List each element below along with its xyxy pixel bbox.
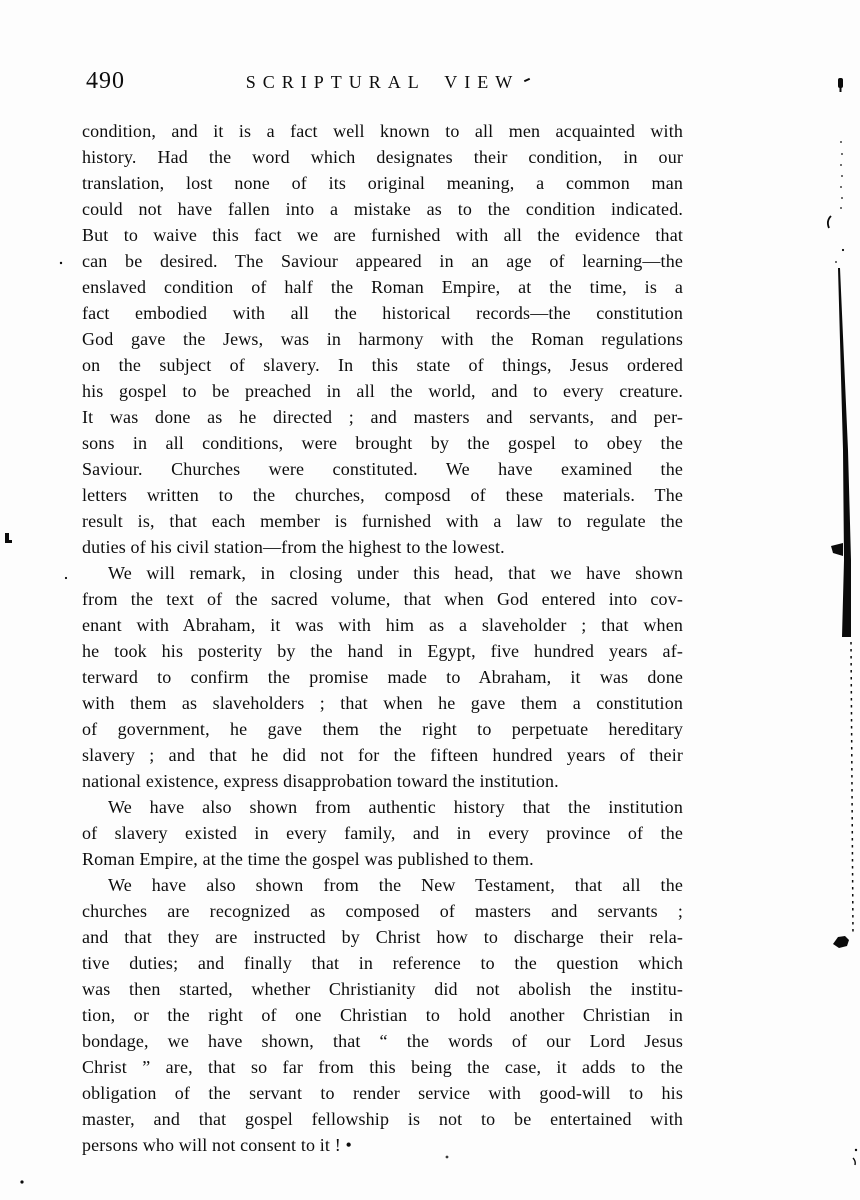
text-line: history. Had the word which designates t…: [82, 144, 683, 170]
text-line: fact embodied with all the historical re…: [82, 300, 683, 326]
text-line: he took his posterity by the hand in Egy…: [82, 638, 683, 664]
scan-hook-mark: [828, 216, 831, 228]
text-line: We will remark, in closing under this he…: [82, 560, 683, 586]
text-line: result is, that each member is furnished…: [82, 508, 683, 534]
running-title: SCRIPTURAL VIEW: [82, 72, 683, 93]
text-line: master, and that gospel fellowship is no…: [82, 1106, 683, 1132]
text-line: sons in all conditions, were brought by …: [82, 430, 683, 456]
text-line: churches are recognized as composed of m…: [82, 898, 683, 924]
text-line: can be desired. The Saviour appeared in …: [82, 248, 683, 274]
paragraph: We have also shown from authentic histor…: [82, 794, 683, 872]
text-line: terward to confirm the promise made to A…: [82, 664, 683, 690]
text-line: could not have fallen into a mistake as …: [82, 196, 683, 222]
scan-blob-mid-right: [833, 936, 849, 948]
text-line: enslaved condition of half the Roman Emp…: [82, 274, 683, 300]
scan-dot-bottom-left: [20, 1180, 23, 1183]
text-line: national existence, express disapprobati…: [82, 768, 683, 794]
scan-mark-left-mid: [5, 533, 12, 543]
text-line: of slavery existed in every family, and …: [82, 820, 683, 846]
book-page-scan: 490 SCRIPTURAL VIEW condition, and it is…: [0, 0, 860, 1200]
scan-dotted-streak: [851, 642, 853, 935]
text-line: Roman Empire, at the time the gospel was…: [82, 846, 683, 872]
text-line: Saviour. Churches were constituted. We h…: [82, 456, 683, 482]
text-line: Christ ” are, that so far from this bein…: [82, 1054, 683, 1080]
text-line: with them as slaveholders ; that when he…: [82, 690, 683, 716]
text-line: tion, or the right of one Christian to h…: [82, 1002, 683, 1028]
paragraph: We have also shown from the New Testamen…: [82, 872, 683, 1158]
text-line: tive duties; and finally that in referen…: [82, 950, 683, 976]
scan-notch: [831, 543, 843, 556]
scan-blob-tail: [840, 88, 842, 92]
text-line: But to waive this fact we are furnished …: [82, 222, 683, 248]
paragraph: We will remark, in closing under this he…: [82, 560, 683, 794]
text-line: We have also shown from authentic histor…: [82, 794, 683, 820]
text-line: obligation of the servant to render serv…: [82, 1080, 683, 1106]
page-body: condition, and it is a fact well known t…: [82, 118, 683, 1158]
text-line: his gospel to be preached in all the wor…: [82, 378, 683, 404]
text-line: bondage, we have shown, that “ the words…: [82, 1028, 683, 1054]
paragraph: condition, and it is a fact well known t…: [82, 118, 683, 560]
text-line: and that they are instructed by Christ h…: [82, 924, 683, 950]
text-line: from the text of the sacred volume, that…: [82, 586, 683, 612]
text-line: condition, and it is a fact well known t…: [82, 118, 683, 144]
text-line: translation, lost none of its original m…: [82, 170, 683, 196]
text-line: letters written to the churches, composd…: [82, 482, 683, 508]
text-line: God gave the Jews, was in harmony with t…: [82, 326, 683, 352]
text-line: duties of his civil station—from the hig…: [82, 534, 683, 560]
text-line: of government, he gave them the right to…: [82, 716, 683, 742]
scan-dot-left-mid: [65, 577, 67, 579]
text-line: It was done as he directed ; and masters…: [82, 404, 683, 430]
text-line: on the subject of slavery. In this state…: [82, 352, 683, 378]
text-line: slavery ; and that he did not for the fi…: [82, 742, 683, 768]
scan-dot-left-upper: [60, 262, 62, 264]
scan-streak-gutter: [838, 268, 851, 637]
text-line: We have also shown from the New Testamen…: [82, 872, 683, 898]
text-line: persons who will not consent to it ! •: [82, 1132, 683, 1158]
text-line: was then started, whether Christianity d…: [82, 976, 683, 1002]
text-line: enant with Abraham, it was with him as a…: [82, 612, 683, 638]
scan-blob-top-right: [838, 78, 843, 88]
page-header: 490 SCRIPTURAL VIEW: [82, 68, 683, 100]
